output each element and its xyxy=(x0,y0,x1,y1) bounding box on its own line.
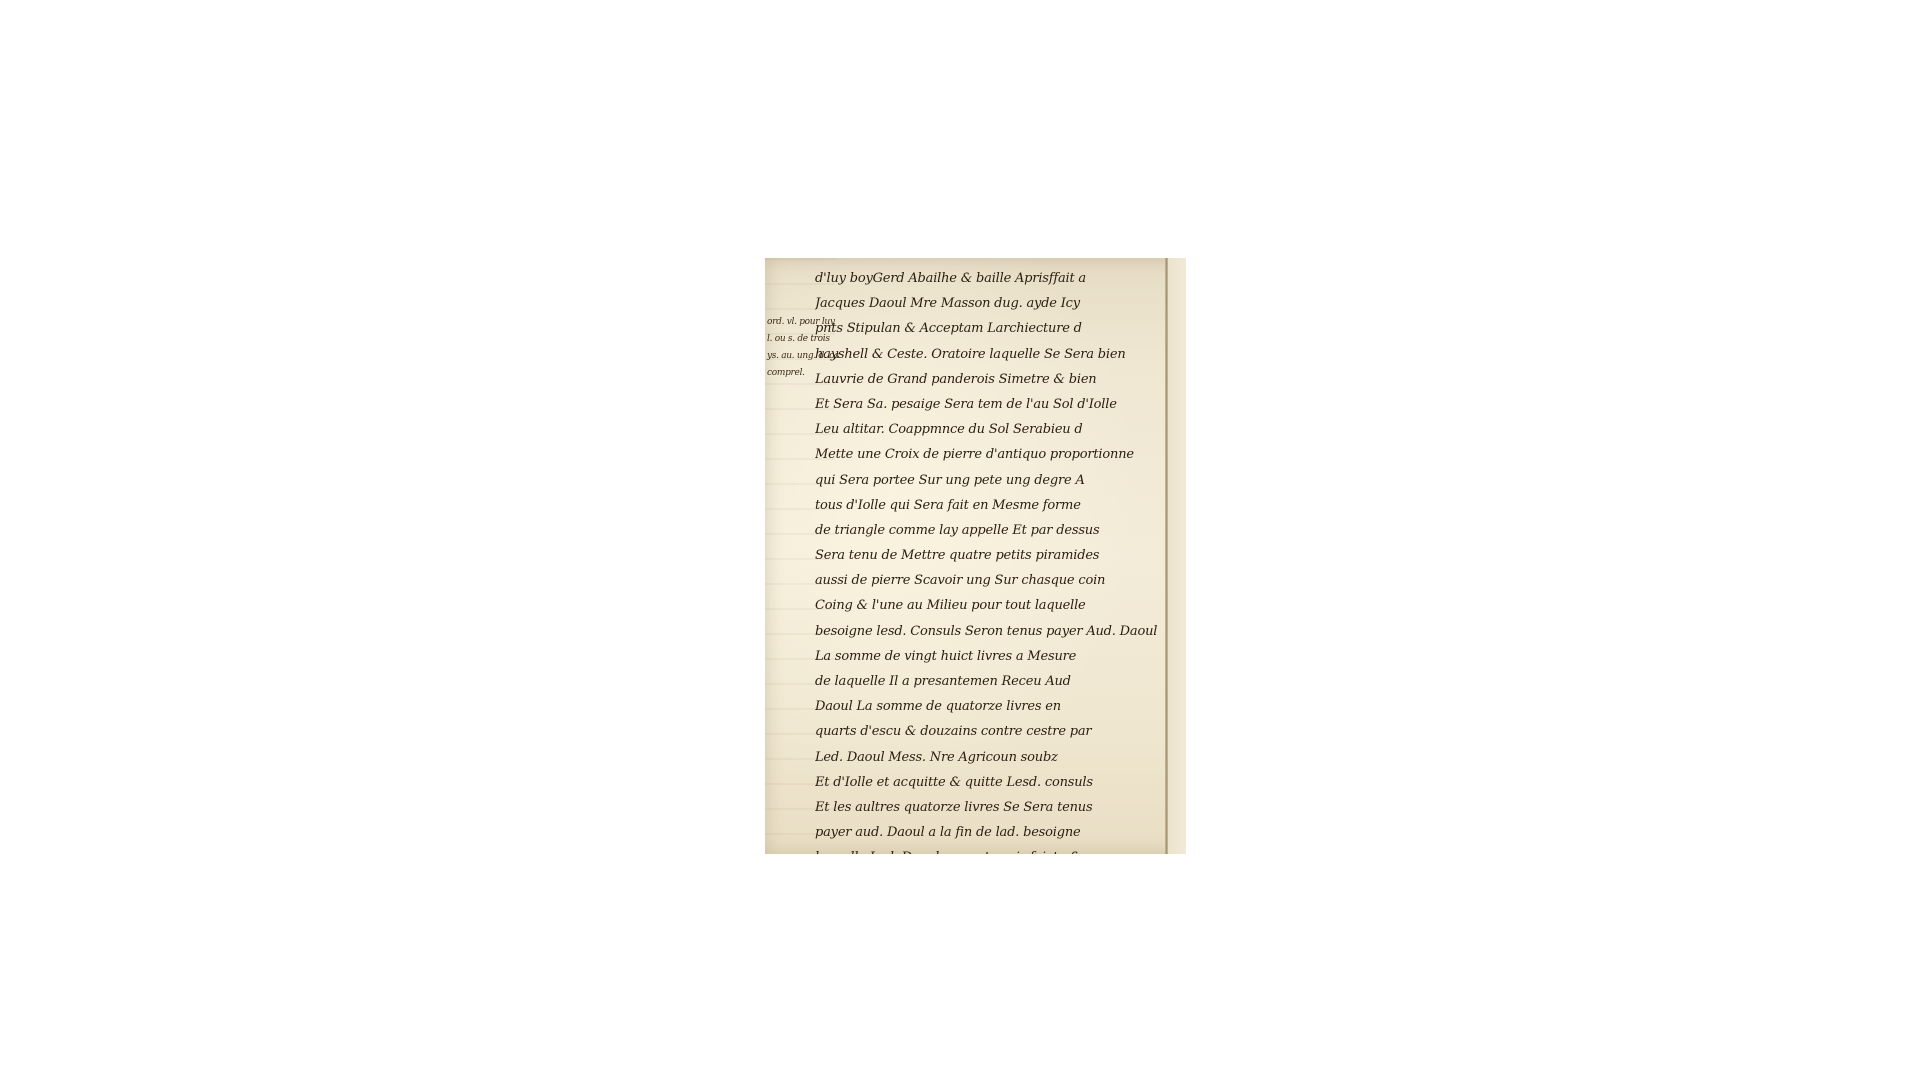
text-line: Sera tenu de Mettre quatre petits pirami… xyxy=(815,543,1160,568)
text-line: Led. Daoul Mess. Nre Agricoun soubz xyxy=(815,745,1160,770)
text-line: payer aud. Daoul a la fin de lad. besoig… xyxy=(815,820,1160,845)
text-line: laquelle Led. Daoul promet avoir faicte … xyxy=(815,845,1160,854)
text-line: Mette une Croix de pierre d'antiquo prop… xyxy=(815,442,1160,467)
text-line: de laquelle Il a presantemen Receu Aud xyxy=(815,669,1160,694)
text-line: pnts Stipulan & Acceptam Larchiecture d xyxy=(815,316,1160,341)
text-line: La somme de vingt huict livres a Mesure xyxy=(815,644,1160,669)
text-line: Et d'Iolle et acquitte & quitte Lesd. co… xyxy=(815,770,1160,795)
adjacent-page-edge xyxy=(1168,258,1186,854)
text-line: aussi de pierre Scavoir ung Sur chasque … xyxy=(815,568,1160,593)
text-line: Lauvrie de Grand panderois Simetre & bie… xyxy=(815,367,1160,392)
manuscript-text: d'luy boyGerd Abailhe & baille Aprisffai… xyxy=(815,266,1160,854)
text-line: Daoul La somme de quatorze livres en xyxy=(815,694,1160,719)
text-line: hayshell & Ceste. Oratoire laquelle Se S… xyxy=(815,342,1160,367)
text-line: quarts d'escu & douzains contre cestre p… xyxy=(815,719,1160,744)
text-line: Jacques Daoul Mre Masson dug. ayde Icy xyxy=(815,291,1160,316)
manuscript-page: ord. vl. pour luy l. ou s. de trois ys. … xyxy=(765,258,1186,854)
text-line: besoigne lesd. Consuls Seron tenus payer… xyxy=(815,619,1160,644)
text-line: Et les aultres quatorze livres Se Sera t… xyxy=(815,795,1160,820)
text-line: de triangle comme lay appelle Et par des… xyxy=(815,518,1160,543)
text-line: qui Sera portee Sur ung pete ung degre A xyxy=(815,468,1160,493)
text-line: d'luy boyGerd Abailhe & baille Aprisffai… xyxy=(815,266,1160,291)
text-line: Coing & l'une au Milieu pour tout laquel… xyxy=(815,593,1160,618)
text-line: Leu altitar. Coappmnce du Sol Serabieu d xyxy=(815,417,1160,442)
text-line: tous d'Iolle qui Sera fait en Mesme form… xyxy=(815,493,1160,518)
text-line: Et Sera Sa. pesaige Sera tem de l'au Sol… xyxy=(815,392,1160,417)
